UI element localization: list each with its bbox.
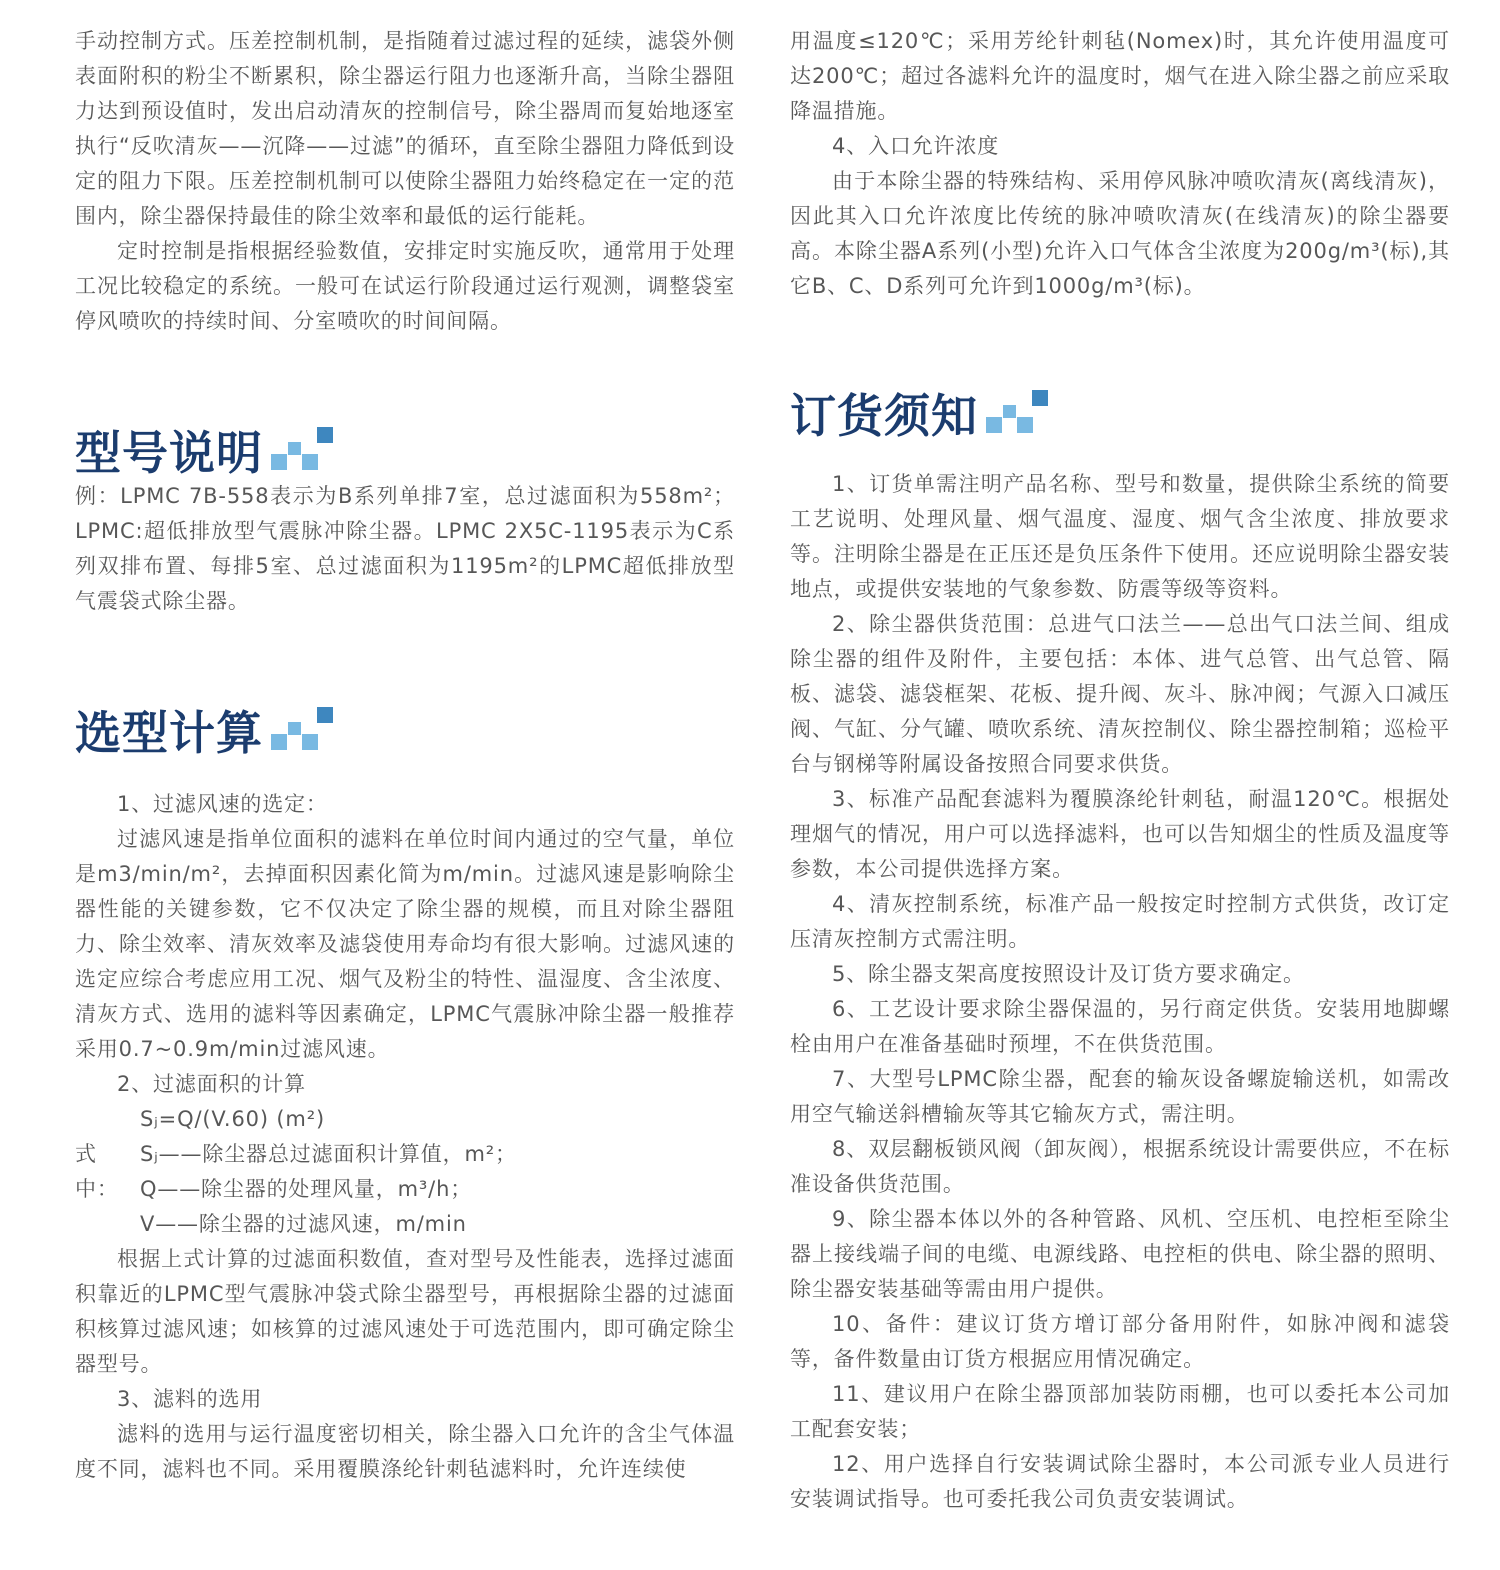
definition-v: V——除尘器的过滤风速，m/min [140,1207,735,1242]
section-title-text: 订货须知 [790,390,978,442]
list-item-title: 3、滤料的选用 [75,1382,735,1417]
continuation-paragraph: 用温度≤120℃；采用芳纶针刺毡(Nomex)时，其允许使用温度可达200℃；超… [790,24,1450,129]
formula-definitions: 式中： Sⱼ——除尘器总过滤面积计算值，m²； Q——除尘器的处理风量，m³/h… [75,1137,735,1242]
section-title-model-description: 型号说明 [75,427,735,479]
model-example-paragraph: 例：LPMC 7B-558表示为B系列单排7室，总过滤面积为558m²；LPMC… [75,479,735,619]
left-column: 手动控制方式。压差控制机制，是指随着过滤过程的延续，滤袋外侧表面附积的粉尘不断累… [75,24,735,1517]
timing-control-paragraph: 定时控制是指根据经验数值，安排定时实施反吹，通常用于处理工况比较稳定的系统。一般… [75,234,735,339]
definition-q: Q——除尘器的处理风量，m³/h； [140,1172,735,1207]
squares-decoration-icon [271,427,337,479]
list-item-title: 4、入口允许浓度 [790,129,1450,164]
where-label: 式中： [75,1137,140,1242]
order-item: 9、除尘器本体以外的各种管路、风机、空压机、电控柜至除尘器上接线端子间的电缆、电… [790,1202,1450,1307]
definition-sj: Sⱼ——除尘器总过滤面积计算值，m²； [140,1137,735,1172]
order-item: 11、建议用户在除尘器顶部加装防雨棚，也可以委托本公司加工配套安装； [790,1377,1450,1447]
list-item-title: 1、过滤风速的选定： [75,787,735,822]
continuation-paragraph: 手动控制方式。压差控制机制，是指随着过滤过程的延续，滤袋外侧表面附积的粉尘不断累… [75,24,735,234]
order-item: 2、除尘器供货范围：总进气口法兰——总出气口法兰间、组成除尘器的组件及附件，主要… [790,607,1450,782]
filter-area-formula: Sⱼ=Q/(V.60) (m²) [75,1102,735,1137]
order-item: 4、清灰控制系统，标准产品一般按定时控制方式供货，改订定压清灰控制方式需注明。 [790,887,1450,957]
squares-decoration-icon [271,707,337,759]
selection-calculation-body: 1、过滤风速的选定： 过滤风速是指单位面积的滤料在单位时间内通过的空气量，单位是… [75,787,735,1487]
order-item: 12、用户选择自行安装调试除尘器时，本公司派专业人员进行安装调试指导。也可委托我… [790,1447,1450,1517]
list-item-title: 2、过滤面积的计算 [75,1067,735,1102]
right-column: 用温度≤120℃；采用芳纶针刺毡(Nomex)时，其允许使用温度可达200℃；超… [790,24,1450,1517]
ordering-notes-list: 1、订货单需注明产品名称、型号和数量，提供除尘系统的简要工艺说明、处理风量、烟气… [790,467,1450,1517]
order-item: 8、双层翻板锁风阀（卸灰阀），根据系统设计需要供应，不在标准设备供货范围。 [790,1132,1450,1202]
squares-decoration-icon [986,390,1052,442]
filtration-velocity-paragraph: 过滤风速是指单位面积的滤料在单位时间内通过的空气量，单位是m3/min/m²，去… [75,822,735,1067]
inlet-concentration-paragraph: 由于本除尘器的特殊结构、采用停风脉冲喷吹清灰(离线清灰)，因此其入口允许浓度比传… [790,164,1450,304]
order-item: 7、大型号LPMC除尘器，配套的输灰设备螺旋输送机，如需改用空气输送斜槽输灰等其… [790,1062,1450,1132]
document-page: 手动控制方式。压差控制机制，是指随着过滤过程的延续，滤袋外侧表面附积的粉尘不断累… [0,0,1500,1517]
order-item: 10、备件：建议订货方增订部分备用附件，如脉冲阀和滤袋等，备件数量由订货方根据应… [790,1307,1450,1377]
model-lookup-paragraph: 根据上式计算的过滤面积数值，查对型号及性能表，选择过滤面积靠近的LPMC型气震脉… [75,1242,735,1382]
order-item: 1、订货单需注明产品名称、型号和数量，提供除尘系统的简要工艺说明、处理风量、烟气… [790,467,1450,607]
order-item: 5、除尘器支架高度按照设计及订货方要求确定。 [790,957,1450,992]
section-title-selection-calculation: 选型计算 [75,707,735,759]
section-title-ordering-notes: 订货须知 [790,390,1450,442]
definition-lines: Sⱼ——除尘器总过滤面积计算值，m²； Q——除尘器的处理风量，m³/h； V—… [140,1137,735,1242]
filter-media-paragraph: 滤料的选用与运行温度密切相关，除尘器入口允许的含尘气体温度不同，滤料也不同。采用… [75,1417,735,1487]
section-title-text: 型号说明 [75,427,263,479]
section-title-text: 选型计算 [75,707,263,759]
order-item: 6、工艺设计要求除尘器保温的，另行商定供货。安装用地脚螺栓由用户在准备基础时预埋… [790,992,1450,1062]
order-item: 3、标准产品配套滤料为覆膜涤纶针刺毡，耐温120℃。根据处理烟气的情况，用户可以… [790,782,1450,887]
